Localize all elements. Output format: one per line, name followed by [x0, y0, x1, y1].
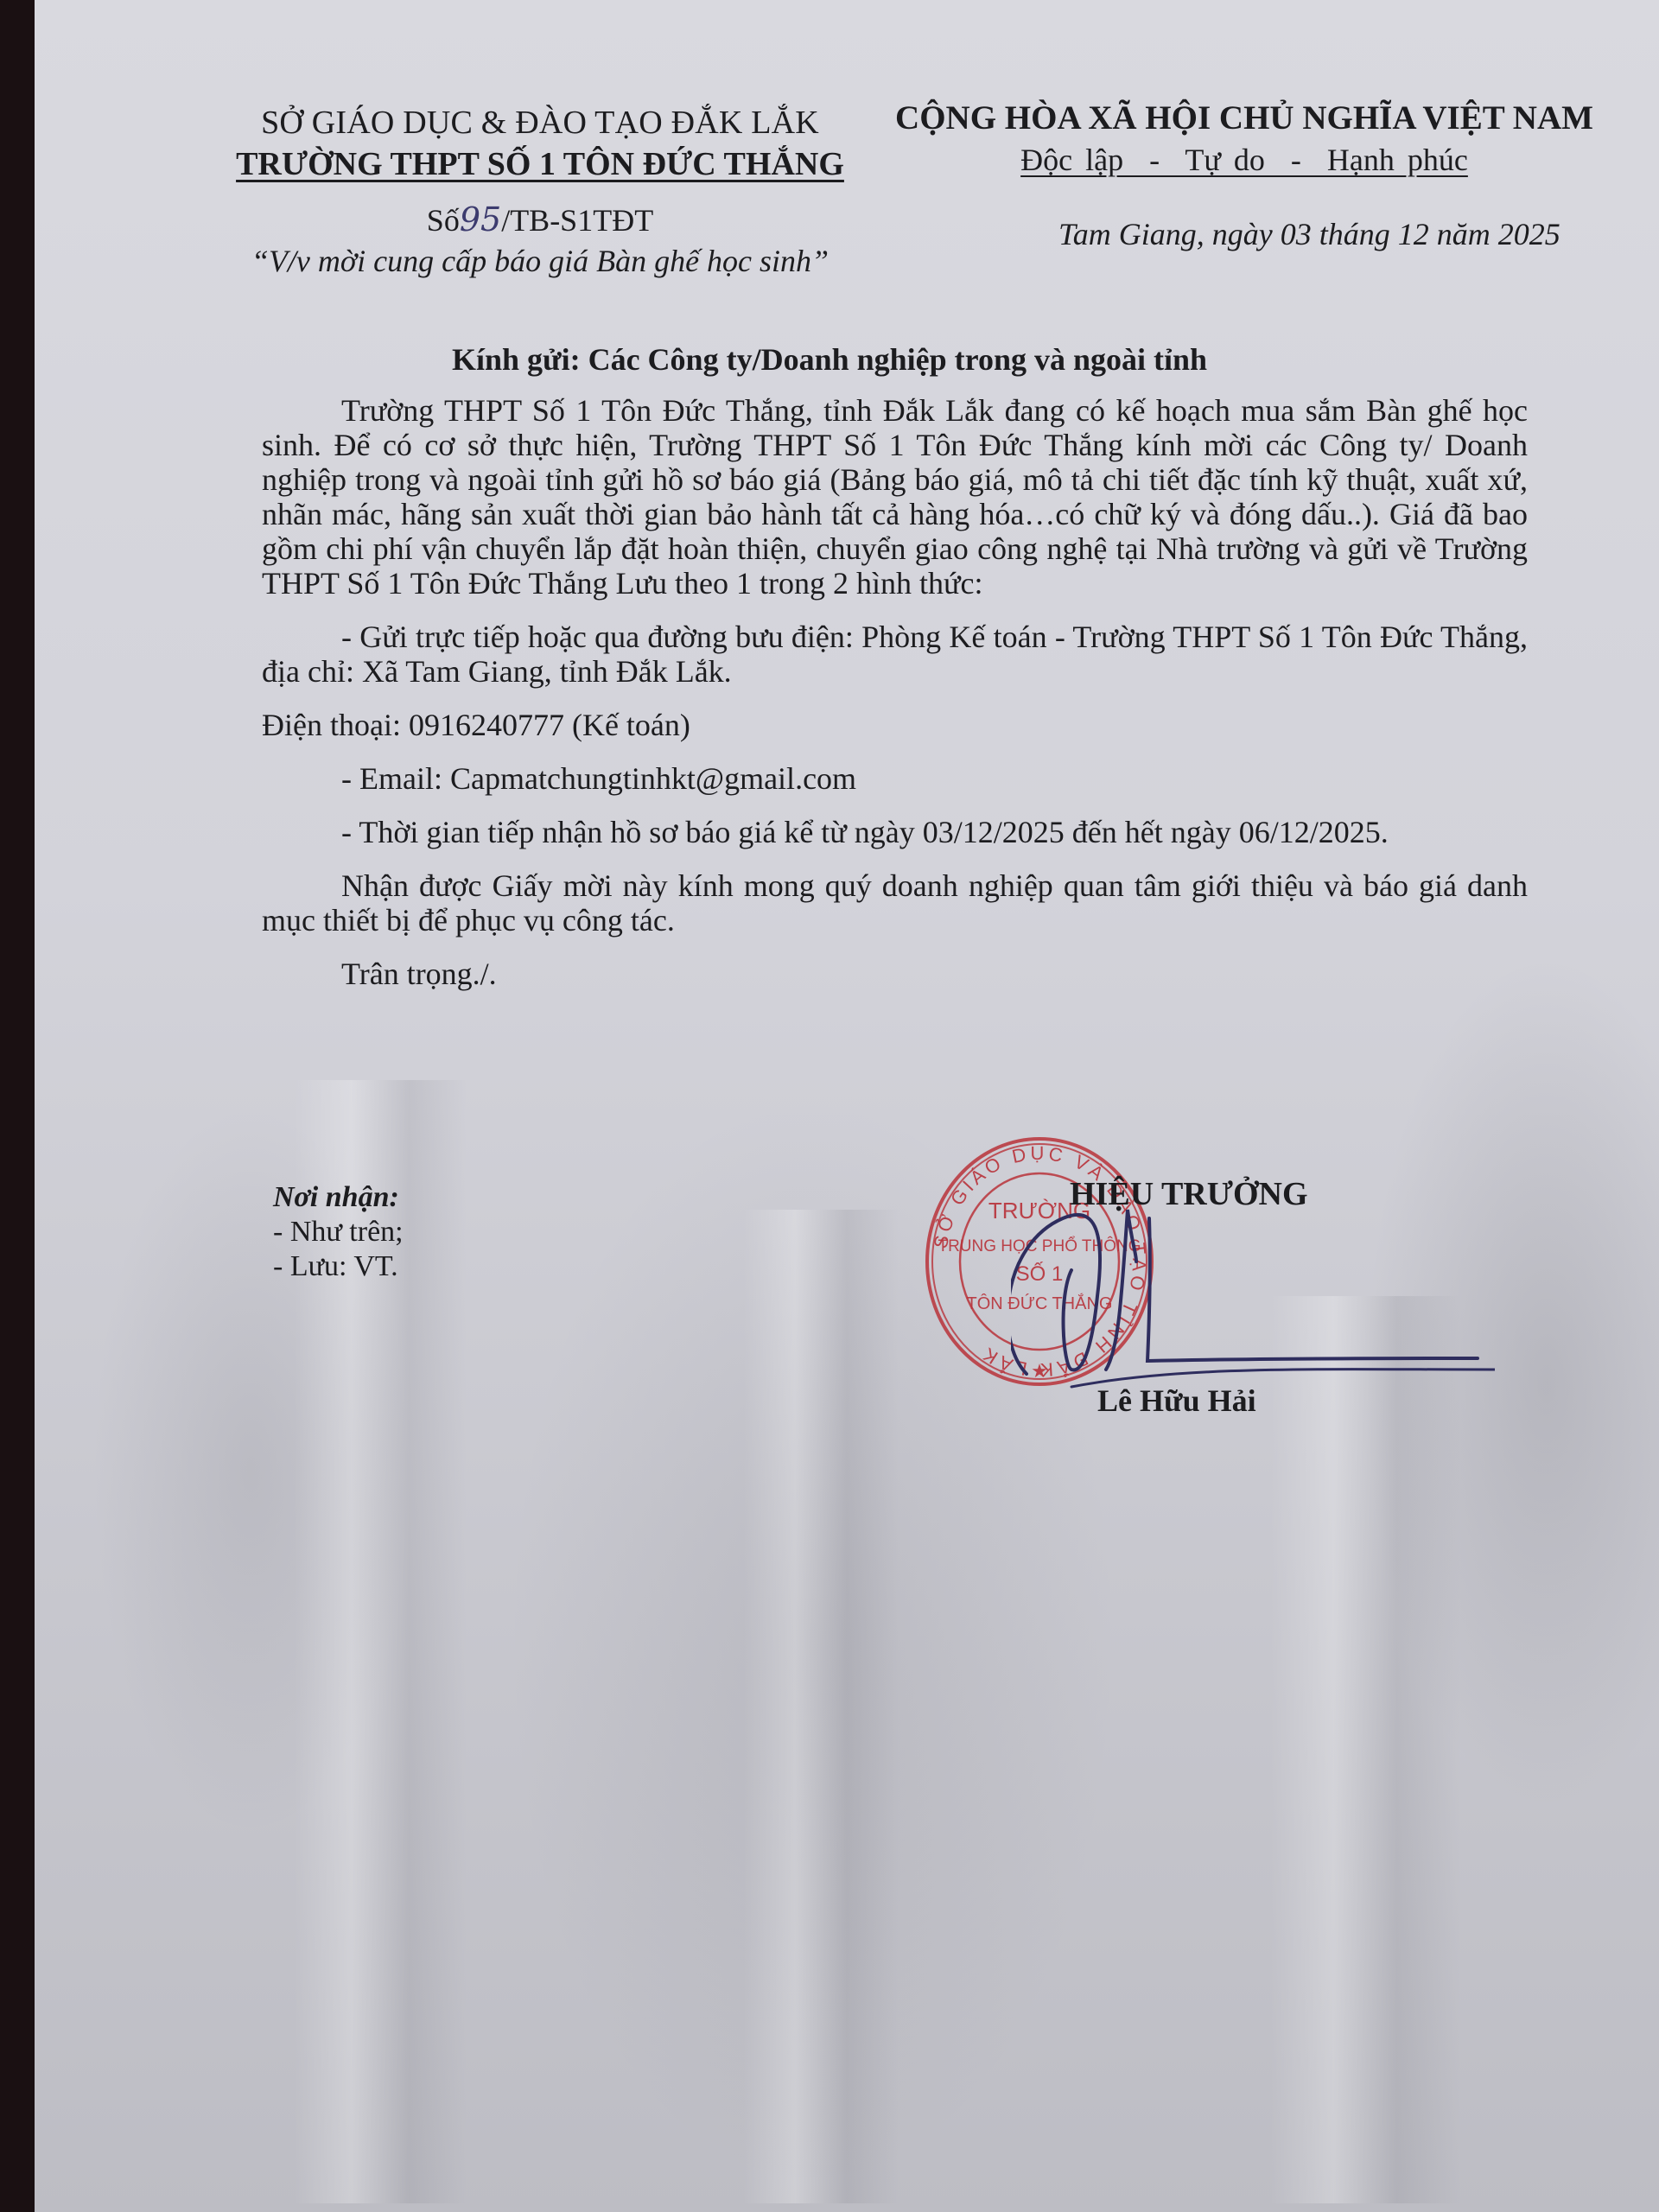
submission-method: - Gửi trực tiếp hoặc qua đường bưu điện:…: [262, 620, 1528, 689]
intro-paragraph: Trường THPT Số 1 Tôn Đức Thắng, tỉnh Đắk…: [262, 393, 1528, 601]
national-motto: Độc lập - Tự do - Hạnh phúc: [881, 140, 1607, 180]
school-name: TRƯỜNG THPT SỐ 1 TÔN ĐỨC THẮNG: [199, 143, 881, 185]
document-subject: “V/v mời cung cấp báo giá Bàn ghế học si…: [199, 241, 881, 281]
email-label: - Email:: [341, 761, 450, 796]
paper-crease: [743, 1210, 899, 2203]
distribution-label: Nơi nhận:: [273, 1180, 404, 1215]
document-paper: [35, 0, 1659, 2212]
email-line: - Email: Capmatchungtinhkt@gmail.com: [262, 761, 1528, 796]
handwritten-signature-icon: [1011, 1192, 1495, 1391]
recipient-line: Kính gửi: Các Công ty/Doanh nghiệp trong…: [0, 341, 1659, 378]
document-number: Số95/TB-S1TĐT: [199, 199, 881, 241]
doc-number-handwritten: 95: [460, 200, 501, 238]
distribution-list: Nơi nhận: - Như trên; - Lưu: VT.: [273, 1180, 404, 1284]
closing-request: Nhận được Giấy mời này kính mong quý doa…: [262, 868, 1528, 938]
doc-number-prefix: Số: [427, 203, 460, 238]
regards: Trân trọng./.: [262, 957, 1528, 991]
distribution-item: - Như trên;: [273, 1215, 404, 1249]
place-date: Tam Giang, ngày 03 tháng 12 năm 2025: [1058, 216, 1560, 252]
letter-body: Trường THPT Số 1 Tôn Đức Thắng, tỉnh Đắk…: [262, 393, 1528, 991]
phone-line: Điện thoại: 0916240777 (Kế toán): [262, 708, 1528, 742]
department-name: SỞ GIÁO DỤC & ĐÀO TẠO ĐẮK LẮK: [199, 102, 881, 143]
deadline-line: - Thời gian tiếp nhận hồ sơ báo giá kể t…: [262, 815, 1528, 849]
paper-crease: [1270, 1296, 1460, 2203]
distribution-item: - Lưu: VT.: [273, 1249, 404, 1284]
doc-number-suffix: /TB-S1TĐT: [501, 203, 653, 238]
issuer-header: SỞ GIÁO DỤC & ĐÀO TẠO ĐẮK LẮK TRƯỜNG THP…: [199, 102, 881, 281]
nation-title: CỘNG HÒA XÃ HỘI CHỦ NGHĨA VIỆT NAM: [881, 97, 1607, 140]
email-address[interactable]: Capmatchungtinhkt@gmail.com: [450, 761, 856, 796]
national-header: CỘNG HÒA XÃ HỘI CHỦ NGHĨA VIỆT NAM Độc l…: [881, 97, 1607, 180]
